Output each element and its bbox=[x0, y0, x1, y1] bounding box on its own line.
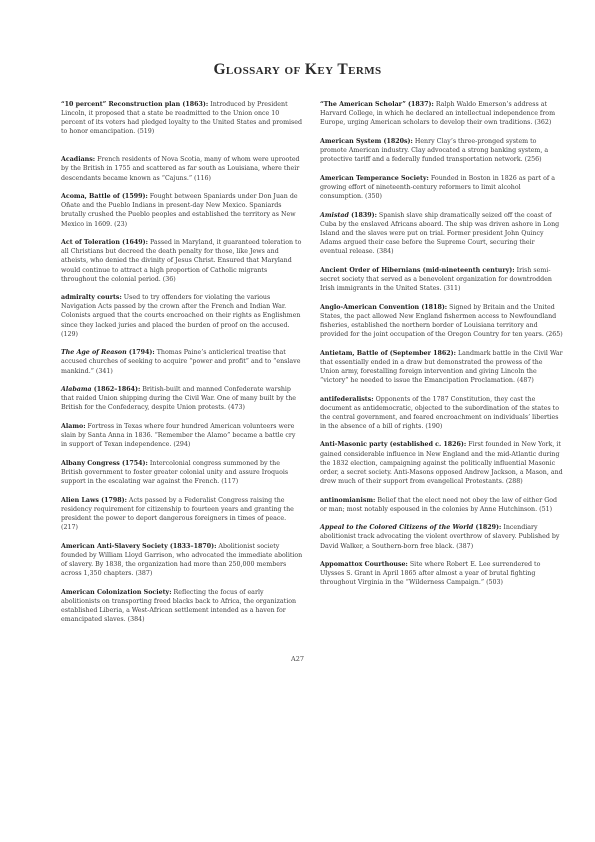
glossary-term: American Temperance Society: bbox=[320, 175, 429, 182]
glossary-term-date: (1839): bbox=[349, 212, 377, 219]
glossary-term: antinomianism: bbox=[320, 497, 375, 504]
glossary-entry: American Colonization Society: Reflectin… bbox=[61, 588, 303, 624]
glossary-entry: “The American Scholar” (1837): Ralph Wal… bbox=[320, 100, 563, 127]
glossary-term: Anti-Masonic party (established c. 1826)… bbox=[320, 441, 466, 448]
glossary-definition: French residents of Nova Scotia, many of… bbox=[61, 156, 300, 181]
glossary-term: Amistad bbox=[320, 212, 349, 219]
glossary-term: Act of Toleration (1649): bbox=[61, 239, 148, 246]
glossary-term: Antietam, Battle of (September 1862): bbox=[320, 350, 456, 357]
glossary-entry: The Age of Reason (1794): Thomas Paine’s… bbox=[61, 348, 303, 375]
glossary-entry: Anti-Masonic party (established c. 1826)… bbox=[320, 440, 563, 485]
glossary-term: antifederalists: bbox=[320, 396, 374, 403]
glossary-entry: Acadians: French residents of Nova Scoti… bbox=[61, 155, 303, 182]
glossary-entry: Amistad (1839): Spanish slave ship drama… bbox=[320, 211, 563, 256]
glossary-term-date: (1829): bbox=[473, 524, 501, 531]
glossary-entry: Appeal to the Colored Citizens of the Wo… bbox=[320, 523, 563, 550]
glossary-entry: American Anti-Slavery Society (1833–1870… bbox=[61, 542, 303, 578]
glossary-entry: Ancient Order of Hibernians (mid-ninetee… bbox=[320, 266, 563, 293]
glossary-entry: antifederalists: Opponents of the 1787 C… bbox=[320, 395, 563, 431]
glossary-column-left: “10 percent” Reconstruction plan (1863):… bbox=[61, 100, 303, 634]
glossary-term: Appomattox Courthouse: bbox=[320, 561, 408, 568]
glossary-term: American Anti-Slavery Society (1833–1870… bbox=[61, 543, 216, 550]
page-number: A27 bbox=[0, 655, 595, 663]
glossary-term: Acadians: bbox=[61, 156, 95, 163]
glossary-entry: Anglo-American Convention (1818): Signed… bbox=[320, 303, 563, 339]
glossary-term: American System (1820s): bbox=[320, 138, 413, 145]
glossary-entry: American Temperance Society: Founded in … bbox=[320, 174, 563, 201]
glossary-term: Albany Congress (1754): bbox=[61, 460, 148, 467]
glossary-term: American Colonization Society: bbox=[61, 589, 172, 596]
glossary-entry: “10 percent” Reconstruction plan (1863):… bbox=[61, 100, 303, 136]
glossary-term: “10 percent” Reconstruction plan (1863): bbox=[61, 101, 208, 108]
glossary-term: admiralty courts: bbox=[61, 294, 122, 301]
glossary-entry: antinomianism: Belief that the elect nee… bbox=[320, 496, 563, 514]
glossary-column-right: “The American Scholar” (1837): Ralph Wal… bbox=[320, 100, 563, 597]
glossary-term: Alamo: bbox=[61, 423, 86, 430]
glossary-term: The Age of Reason bbox=[61, 349, 127, 356]
glossary-term: Alien Laws (1798): bbox=[61, 497, 127, 504]
glossary-term-date: (1862–1864): bbox=[92, 386, 141, 393]
glossary-term: Ancient Order of Hibernians (mid-ninetee… bbox=[320, 267, 515, 274]
glossary-entry: Alabama (1862–1864): British-built and m… bbox=[61, 385, 303, 412]
glossary-term: Appeal to the Colored Citizens of the Wo… bbox=[320, 524, 473, 531]
glossary-term: Alabama bbox=[61, 386, 92, 393]
glossary-term-date: (1794): bbox=[127, 349, 155, 356]
glossary-term: “The American Scholar” (1837): bbox=[320, 101, 434, 108]
glossary-entry: Albany Congress (1754): Intercolonial co… bbox=[61, 459, 303, 486]
glossary-entry: Antietam, Battle of (September 1862): La… bbox=[320, 349, 563, 385]
glossary-entry: Alien Laws (1798): Acts passed by a Fede… bbox=[61, 496, 303, 532]
glossary-entry: Acoma, Battle of (1599): Fought between … bbox=[61, 192, 303, 228]
glossary-entry: admiralty courts: Used to try offenders … bbox=[61, 293, 303, 338]
glossary-term: Acoma, Battle of (1599): bbox=[61, 193, 148, 200]
glossary-entry: American System (1820s): Henry Clay’s th… bbox=[320, 137, 563, 164]
glossary-entry: Appomattox Courthouse: Site where Robert… bbox=[320, 560, 563, 587]
glossary-definition: Fortress in Texas where four hundred Ame… bbox=[61, 423, 296, 448]
glossary-term: Anglo-American Convention (1818): bbox=[320, 304, 447, 311]
glossary-entry: Alamo: Fortress in Texas where four hund… bbox=[61, 422, 303, 449]
glossary-entry: Act of Toleration (1649): Passed in Mary… bbox=[61, 238, 303, 283]
page-title: Glossary of Key Terms bbox=[0, 61, 595, 79]
